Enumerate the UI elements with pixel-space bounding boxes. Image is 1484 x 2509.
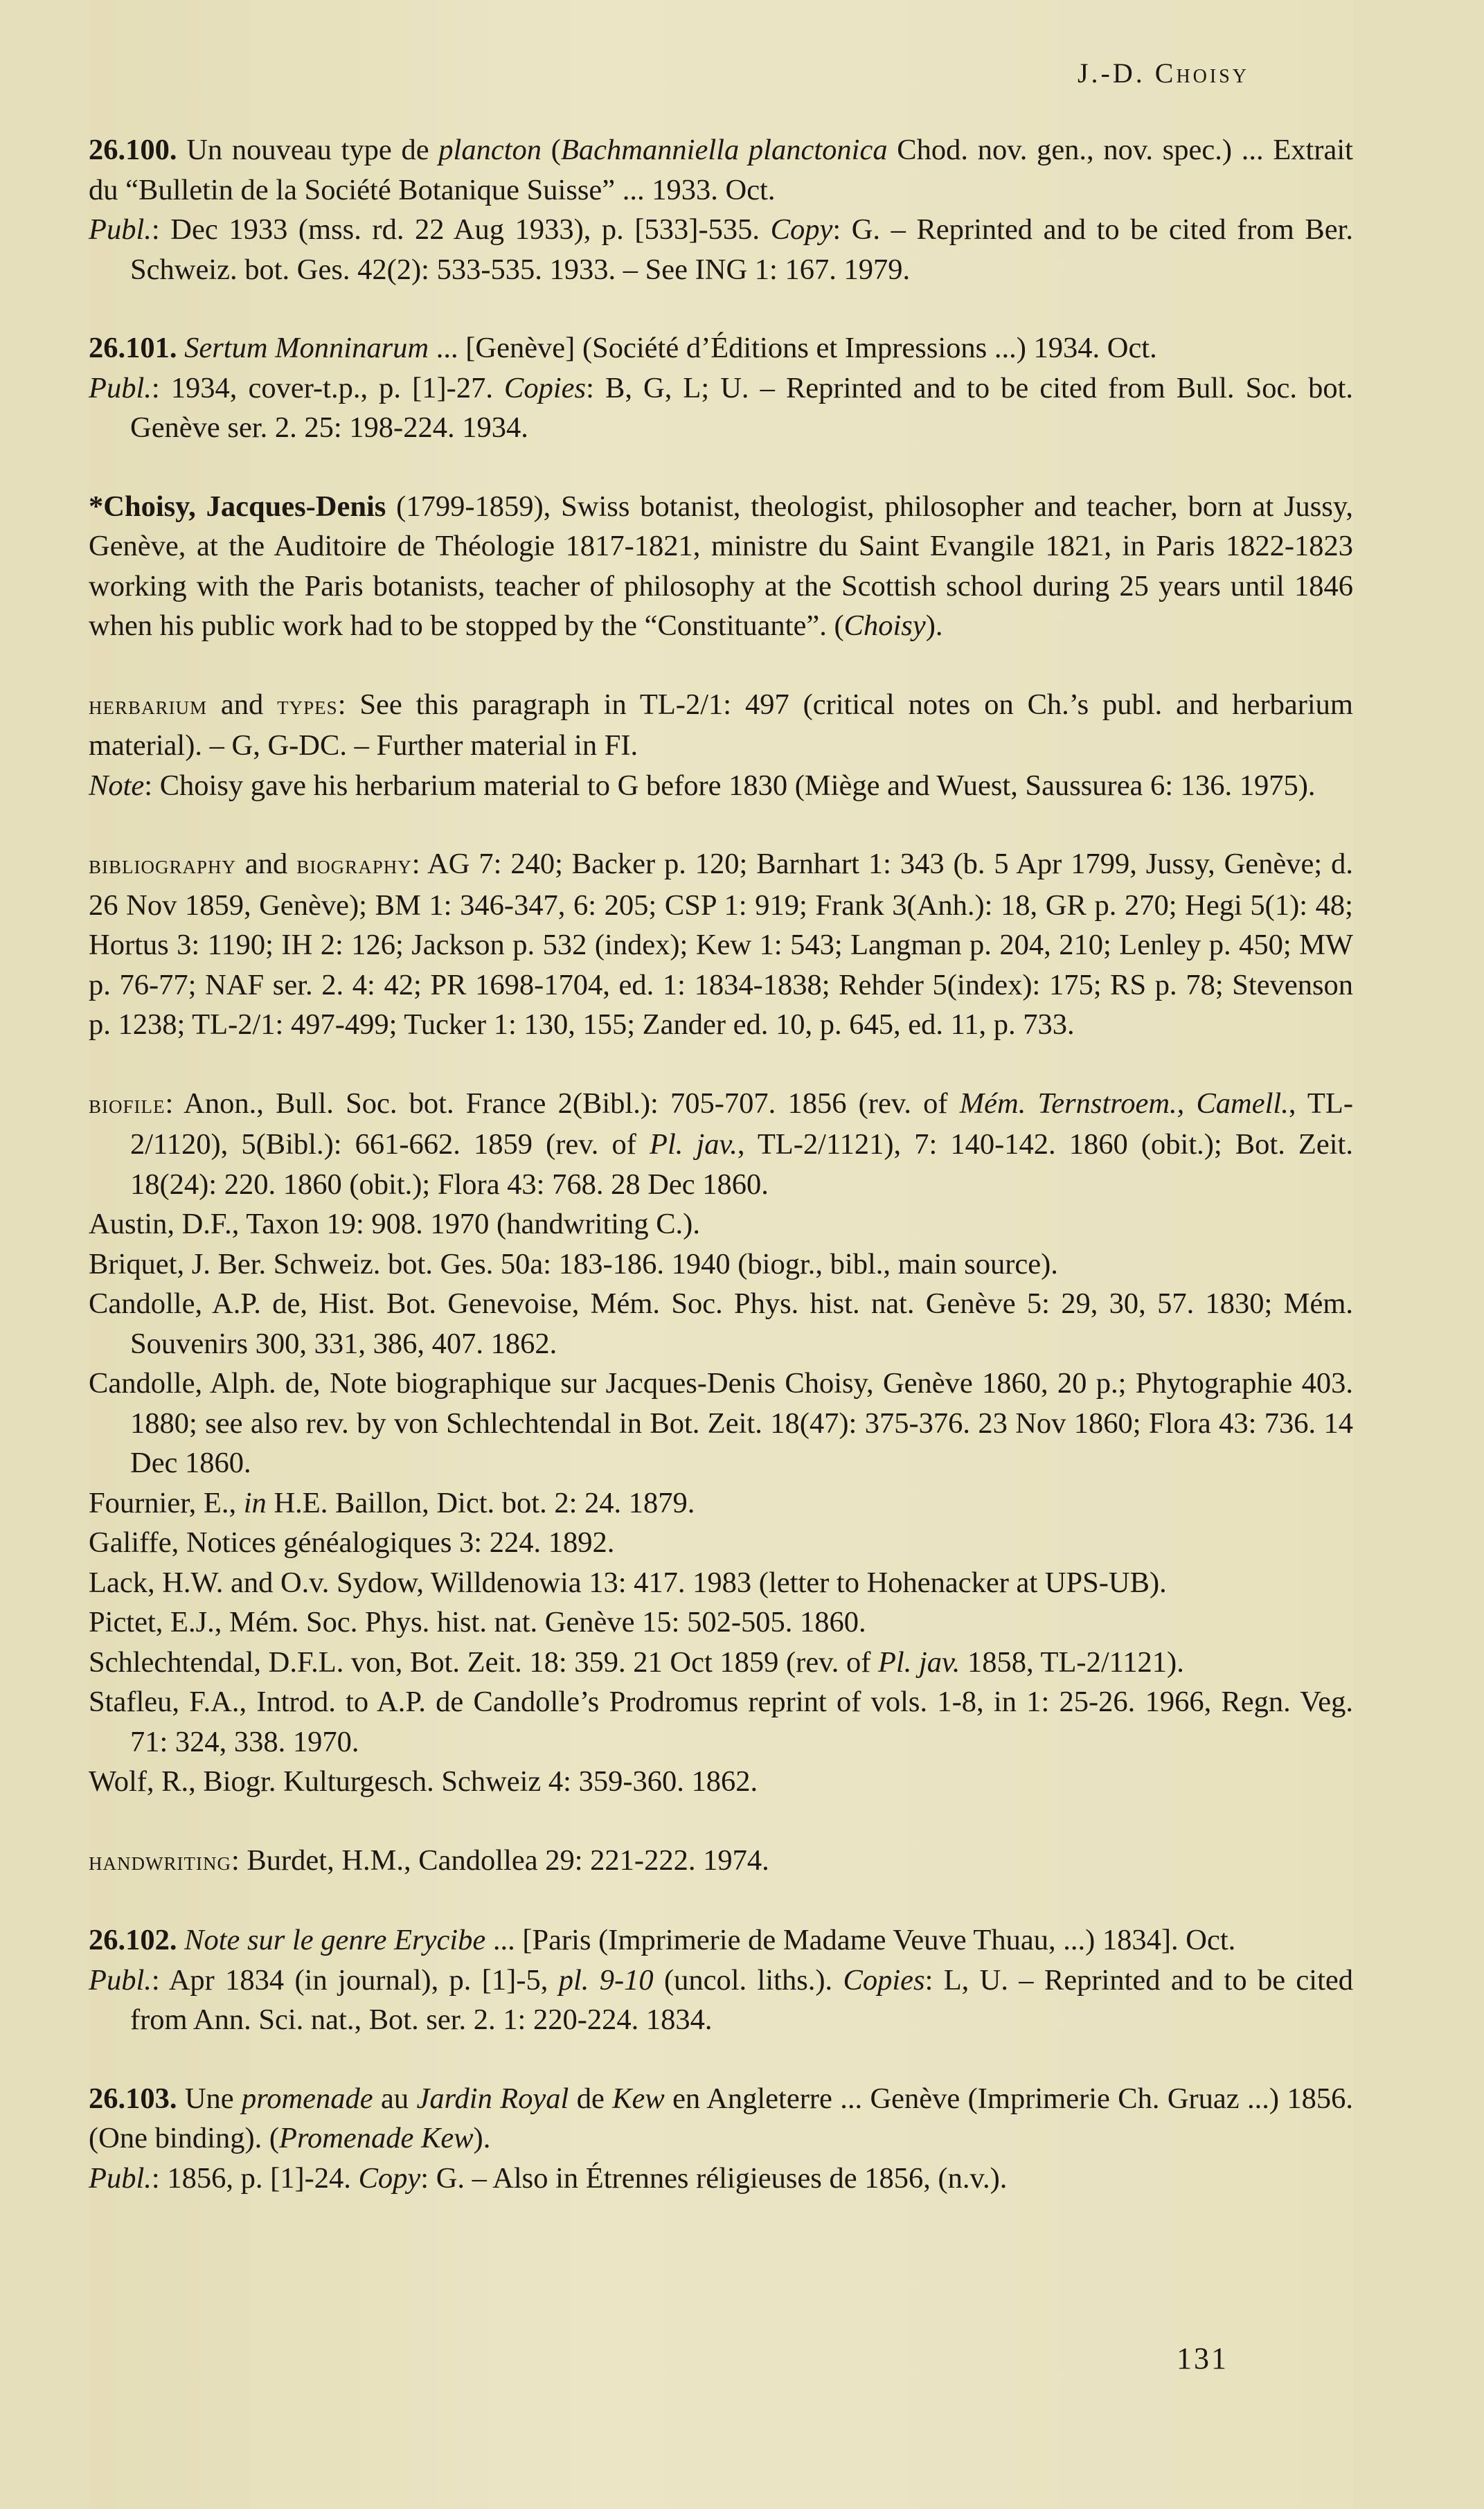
biofile-section: Biofile: Anon., Bull. Soc. bot. France 2… — [89, 1084, 1353, 1802]
entry-number: 26.102. — [89, 1924, 177, 1956]
bibliography-section: Bibliography and biography: AG 7: 240; B… — [89, 844, 1353, 1045]
biofile-ref: Wolf, R., Biogr. Kulturgesch. Schweiz 4:… — [89, 1762, 1353, 1802]
biofile-ref: Pictet, E.J., Mém. Soc. Phys. hist. nat.… — [89, 1602, 1353, 1643]
entry-number: 26.103. — [89, 2082, 177, 2115]
biofile-ref: Fournier, E., in H.E. Baillon, Dict. bot… — [89, 1483, 1353, 1524]
entry-number: 26.101. — [89, 332, 177, 364]
entry-publication: Publ.: Dec 1933 (mss. rd. 22 Aug 1933), … — [89, 210, 1353, 289]
handwriting-section: Handwriting: Burdet, H.M., Candollea 29:… — [89, 1841, 1353, 1882]
entry-publication: Publ.: 1856, p. [1]-24. Copy: G. – Also … — [89, 2159, 1353, 2199]
section-label: biography — [296, 850, 412, 880]
author-biography: *Choisy, Jacques-Denis (1799-1859), Swis… — [89, 487, 1353, 646]
entry-number: 26.100. — [89, 134, 177, 166]
running-head: J.-D. Choisy — [1078, 57, 1249, 89]
entry-26-101: 26.101. Sertum Monninarum ... [Genève] (… — [89, 328, 1353, 448]
entry-title: 26.102. Note sur le genre Erycibe ... [P… — [89, 1920, 1353, 1961]
book-page: J.-D. Choisy 26.100. Un nouveau type de … — [89, 0, 1353, 2509]
entry-26-100: 26.100. Un nouveau type de plancton (Bac… — [89, 130, 1353, 289]
page-body: 26.100. Un nouveau type de plancton (Bac… — [89, 130, 1353, 2237]
entry-26-103: 26.103. Une promenade au Jardin Royal de… — [89, 2079, 1353, 2199]
section-label: Biofile — [89, 1090, 166, 1119]
biofile-ref: Briquet, J. Ber. Schweiz. bot. Ges. 50a:… — [89, 1244, 1353, 1285]
biofile-ref: Austin, D.F., Taxon 19: 908. 1970 (handw… — [89, 1204, 1353, 1244]
author-abbreviation: Choisy — [844, 609, 926, 642]
entry-title: 26.103. Une promenade au Jardin Royal de… — [89, 2079, 1353, 2159]
entry-publication: Publ.: Apr 1834 (in journal), p. [1]-5, … — [89, 1961, 1353, 2040]
author-name: Choisy, Jacques-Denis — [103, 490, 386, 523]
biofile-ref: Candolle, Alph. de, Note biographique su… — [89, 1364, 1353, 1483]
biofile-ref: Candolle, A.P. de, Hist. Bot. Genevoise,… — [89, 1284, 1353, 1364]
section-label: Handwriting — [89, 1847, 231, 1876]
biofile-ref: Lack, H.W. and O.v. Sydow, Willdenowia 1… — [89, 1563, 1353, 1603]
biofile-ref: Schlechtendal, D.F.L. von, Bot. Zeit. 18… — [89, 1643, 1353, 1683]
entry-title: 26.100. Un nouveau type de plancton (Bac… — [89, 130, 1353, 210]
herbarium-note: Note: Choisy gave his herbarium material… — [89, 766, 1353, 806]
page-number: 131 — [1177, 2341, 1228, 2376]
entry-26-102: 26.102. Note sur le genre Erycibe ... [P… — [89, 1920, 1353, 2040]
biofile-ref: Stafleu, F.A., Introd. to A.P. de Candol… — [89, 1682, 1353, 1762]
section-label: types — [277, 691, 338, 720]
herbarium-section: Herbarium and types: See this paragraph … — [89, 685, 1353, 806]
section-label: Herbarium — [89, 691, 207, 720]
section-label: Bibliography — [89, 850, 236, 880]
biofile-ref: Galiffe, Notices généalogiques 3: 224. 1… — [89, 1523, 1353, 1563]
entry-title: 26.101. Sertum Monninarum ... [Genève] (… — [89, 328, 1353, 368]
entry-publication: Publ.: 1934, cover-t.p., p. [1]-27. Copi… — [89, 368, 1353, 448]
